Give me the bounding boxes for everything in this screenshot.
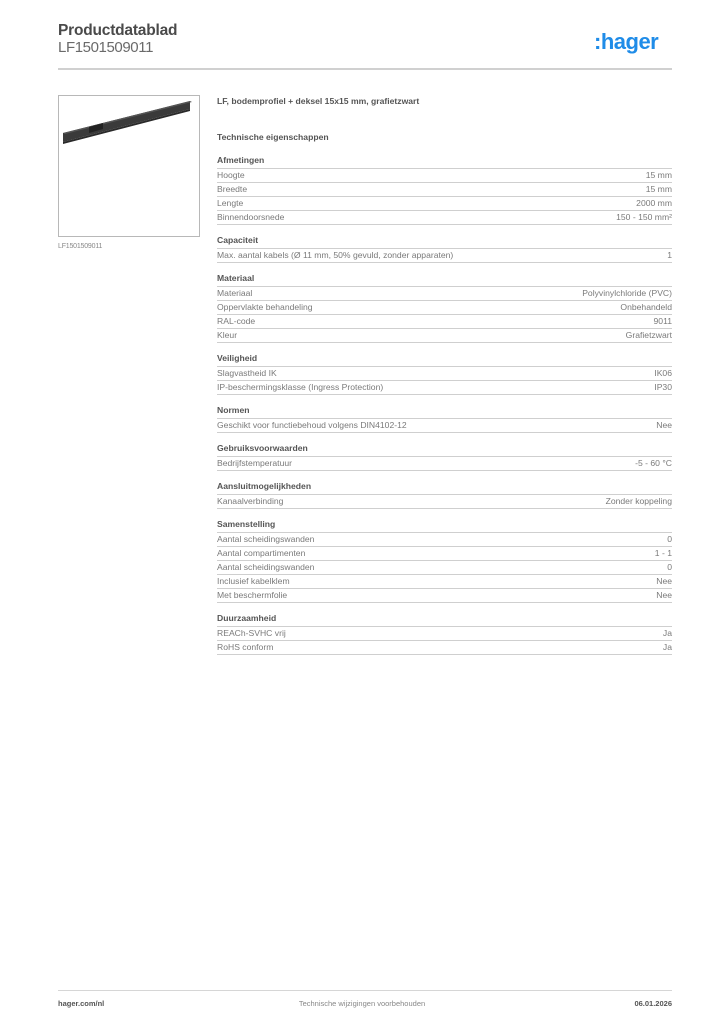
- spec-label: Max. aantal kabels (Ø 11 mm, 50% gevuld,…: [217, 249, 453, 262]
- spec-value: Grafietzwart: [626, 329, 672, 342]
- section-title: Veiligheid: [217, 353, 672, 367]
- spec-section: AfmetingenHoogte15 mmBreedte15 mmLengte2…: [217, 155, 672, 225]
- spec-row: Binnendoorsnede150 - 150 mm²: [217, 211, 672, 225]
- spec-section: DuurzaamheidREACh-SVHC vrijJaRoHS confor…: [217, 613, 672, 655]
- section-title: Aansluitmogelijkheden: [217, 481, 672, 495]
- document-title: Productdatablad: [58, 22, 177, 40]
- section-title: Gebruiksvoorwaarden: [217, 443, 672, 457]
- spec-label: IP-beschermingsklasse (Ingress Protectio…: [217, 381, 383, 394]
- spec-section: NormenGeschikt voor functiebehoud volgen…: [217, 405, 672, 433]
- spec-sections: AfmetingenHoogte15 mmBreedte15 mmLengte2…: [217, 155, 672, 655]
- spec-row: Oppervlakte behandelingOnbehandeld: [217, 301, 672, 315]
- spec-label: Slagvastheid IK: [217, 367, 277, 380]
- spec-value: 15 mm: [646, 169, 672, 182]
- section-title: Samenstelling: [217, 519, 672, 533]
- spec-label: Kanaalverbinding: [217, 495, 283, 508]
- spec-label: Binnendoorsnede: [217, 211, 284, 224]
- spec-value: 0: [667, 561, 672, 574]
- spec-row: Aantal compartimenten1 - 1: [217, 547, 672, 561]
- spec-label: Lengte: [217, 197, 243, 210]
- spec-section: MateriaalMateriaalPolyvinylchloride (PVC…: [217, 273, 672, 343]
- footer-date: 06.01.2026: [634, 999, 672, 1008]
- spec-label: Aantal scheidingswanden: [217, 533, 314, 546]
- spec-value: IK06: [654, 367, 672, 380]
- spec-row: Inclusief kabelklemNee: [217, 575, 672, 589]
- spec-section: SamenstellingAantal scheidingswanden0Aan…: [217, 519, 672, 603]
- spec-row: Breedte15 mm: [217, 183, 672, 197]
- spec-value: Zonder koppeling: [606, 495, 672, 508]
- spec-value: Nee: [656, 575, 672, 588]
- product-description: LF, bodemprofiel + deksel 15x15 mm, graf…: [217, 96, 672, 132]
- spec-row: Met beschermfolieNee: [217, 589, 672, 603]
- spec-value: 2000 mm: [636, 197, 672, 210]
- spec-row: RoHS conformJa: [217, 641, 672, 655]
- footer-divider: [58, 990, 672, 991]
- header-divider: [58, 68, 672, 70]
- product-code: LF1501509011: [58, 39, 153, 56]
- section-title: Duurzaamheid: [217, 613, 672, 627]
- spec-value: 1: [667, 249, 672, 262]
- section-title: Normen: [217, 405, 672, 419]
- section-title: Afmetingen: [217, 155, 672, 169]
- spec-section: VeiligheidSlagvastheid IKIK06IP-bescherm…: [217, 353, 672, 395]
- product-image: [58, 95, 200, 237]
- spec-row: Geschikt voor functiebehoud volgens DIN4…: [217, 419, 672, 433]
- spec-value: 1 - 1: [655, 547, 672, 560]
- spec-row: Hoogte15 mm: [217, 169, 672, 183]
- spec-label: REACh-SVHC vrij: [217, 627, 286, 640]
- spec-value: Nee: [656, 589, 672, 602]
- spec-row: REACh-SVHC vrijJa: [217, 627, 672, 641]
- spec-label: Materiaal: [217, 287, 252, 300]
- spec-label: Kleur: [217, 329, 237, 342]
- spec-section: CapaciteitMax. aantal kabels (Ø 11 mm, 5…: [217, 235, 672, 263]
- spec-value: Ja: [663, 641, 672, 654]
- spec-label: RoHS conform: [217, 641, 273, 654]
- spec-row: Lengte2000 mm: [217, 197, 672, 211]
- main-content: LF, bodemprofiel + deksel 15x15 mm, graf…: [217, 96, 672, 665]
- spec-label: Aantal compartimenten: [217, 547, 305, 560]
- spec-label: Oppervlakte behandeling: [217, 301, 313, 314]
- section-title: Capaciteit: [217, 235, 672, 249]
- spec-value: 15 mm: [646, 183, 672, 196]
- spec-value: 9011: [654, 315, 672, 328]
- product-image-caption: LF1501509011: [58, 243, 102, 250]
- section-title: Materiaal: [217, 273, 672, 287]
- spec-row: RAL-code9011: [217, 315, 672, 329]
- spec-row: Slagvastheid IKIK06: [217, 367, 672, 381]
- spec-value: -5 - 60 °C: [635, 457, 672, 470]
- spec-row: KanaalverbindingZonder koppeling: [217, 495, 672, 509]
- spec-row: Aantal scheidingswanden0: [217, 561, 672, 575]
- spec-section: AansluitmogelijkhedenKanaalverbindingZon…: [217, 481, 672, 509]
- spec-value: Onbehandeld: [620, 301, 672, 314]
- spec-label: Hoogte: [217, 169, 245, 182]
- spec-label: Breedte: [217, 183, 247, 196]
- spec-label: Met beschermfolie: [217, 589, 287, 602]
- spec-label: Bedrijfstemperatuur: [217, 457, 292, 470]
- cable-duct-image: [59, 96, 199, 236]
- spec-value: IP30: [654, 381, 672, 394]
- spec-row: Bedrijfstemperatuur-5 - 60 °C: [217, 457, 672, 471]
- spec-row: IP-beschermingsklasse (Ingress Protectio…: [217, 381, 672, 395]
- spec-row: Max. aantal kabels (Ø 11 mm, 50% gevuld,…: [217, 249, 672, 263]
- spec-label: Geschikt voor functiebehoud volgens DIN4…: [217, 419, 407, 432]
- spec-value: 150 - 150 mm²: [616, 211, 672, 224]
- spec-value: Nee: [656, 419, 672, 432]
- spec-row: Aantal scheidingswanden0: [217, 533, 672, 547]
- spec-value: Ja: [663, 627, 672, 640]
- spec-row: KleurGrafietzwart: [217, 329, 672, 343]
- spec-label: Inclusief kabelklem: [217, 575, 290, 588]
- spec-label: Aantal scheidingswanden: [217, 561, 314, 574]
- spec-row: MateriaalPolyvinylchloride (PVC): [217, 287, 672, 301]
- footer-disclaimer: Technische wijzigingen voorbehouden: [0, 999, 724, 1008]
- spec-value: Polyvinylchloride (PVC): [582, 287, 672, 300]
- technical-properties-title: Technische eigenschappen: [217, 132, 672, 155]
- spec-value: 0: [667, 533, 672, 546]
- spec-section: GebruiksvoorwaardenBedrijfstemperatuur-5…: [217, 443, 672, 471]
- spec-label: RAL-code: [217, 315, 255, 328]
- hager-logo: :hager: [594, 29, 658, 55]
